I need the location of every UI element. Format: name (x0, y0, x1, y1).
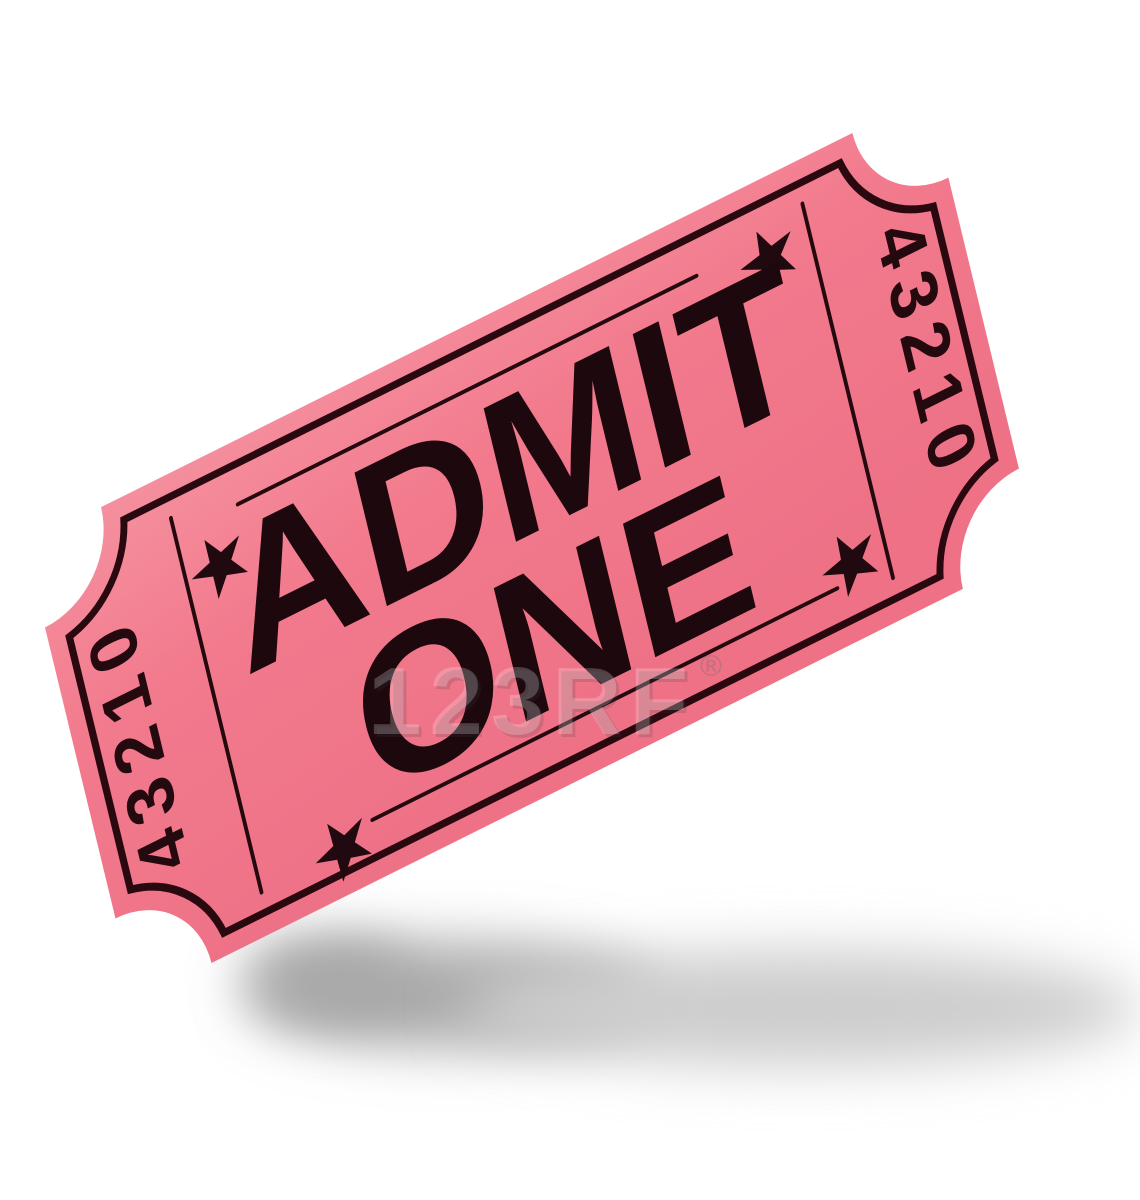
drop-shadow (245, 940, 1140, 1066)
ticket-illustration-canvas: ADMIT ONE 43210 43210 123RF 123RF ® (0, 0, 1140, 1200)
admit-one-ticket-image: ADMIT ONE 43210 43210 123RF 123RF ® (0, 0, 1140, 1200)
shadow-blob-right (460, 950, 1140, 1066)
ticket: ADMIT ONE 43210 43210 (25, 95, 1039, 1001)
watermark-text: 123RF (368, 648, 696, 755)
watermark-registered-icon: ® (700, 650, 722, 683)
watermark: 123RF 123RF ® (368, 648, 722, 758)
